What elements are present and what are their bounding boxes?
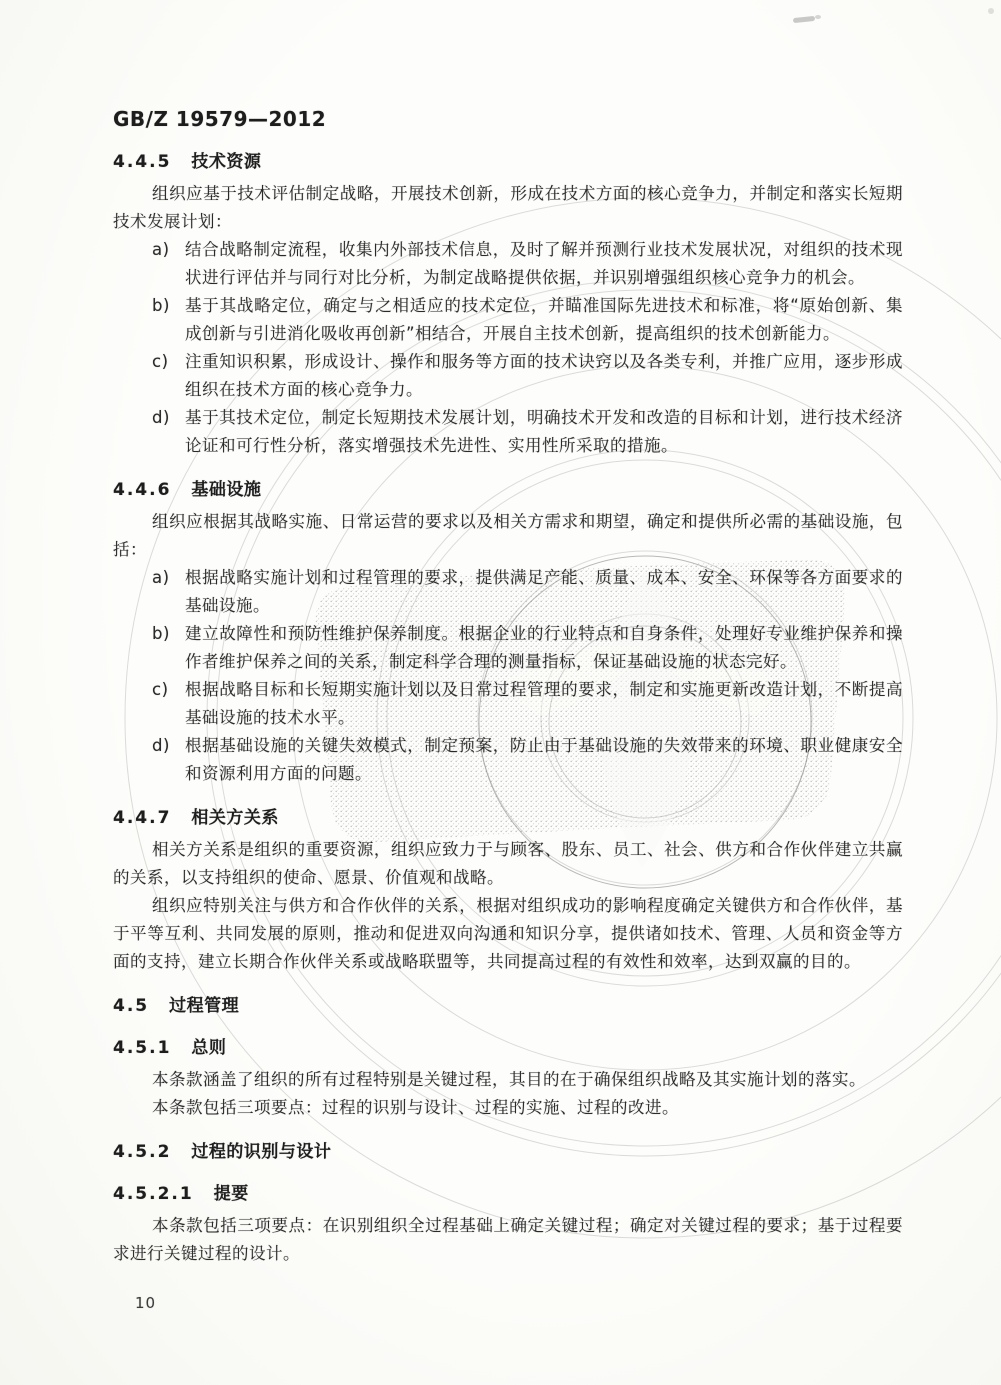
lettered-list: a) 结合战略制定流程，收集内外部技术信息，及时了解并预测行业技术发展状况，对组… [113, 236, 903, 460]
list-item-label: d) [152, 404, 185, 460]
section-heading-4-5: 4.5过程管理 [113, 994, 903, 1018]
list-item: d) 基于其技术定位，制定长短期技术发展计划，明确技术开发和改造的目标和计划，进… [113, 404, 903, 460]
section-number: 4.4.7 [113, 808, 171, 828]
list-item-text: 基于其技术定位，制定长短期技术发展计划，明确技术开发和改造的目标和计划，进行技术… [185, 404, 903, 460]
list-item-label: a) [152, 236, 185, 292]
section-title: 过程管理 [169, 996, 239, 1016]
list-item: a) 根据战略实施计划和过程管理的要求，提供满足产能、质量、成本、安全、环保等各… [113, 564, 903, 620]
section-title: 相关方关系 [191, 808, 279, 828]
list-item-label: b) [152, 292, 185, 348]
list-item: d) 根据基础设施的关键失效模式，制定预案，防止由于基础设施的失效带来的环境、职… [113, 732, 903, 788]
list-item: c) 根据战略目标和长短期实施计划以及日常过程管理的要求，制定和实施更新改造计划… [113, 676, 903, 732]
section-number: 4.5.2.1 [113, 1184, 194, 1204]
scanned-document-page: GB/Z 19579—2012 4.4.5技术资源 组织应基于技术评估制定战略，… [0, 0, 1001, 1385]
section-intro-paragraph: 组织应根据其战略实施、日常运营的要求以及相关方需求和期望，确定和提供所必需的基础… [113, 508, 903, 564]
section-number: 4.4.6 [113, 480, 171, 500]
section-number: 4.5 [113, 996, 149, 1016]
section-title: 总则 [191, 1038, 226, 1058]
section-number: 4.5.1 [113, 1038, 171, 1058]
section-number: 4.4.5 [113, 152, 171, 172]
lettered-list: a) 根据战略实施计划和过程管理的要求，提供满足产能、质量、成本、安全、环保等各… [113, 564, 903, 788]
section-title: 提要 [214, 1184, 249, 1204]
body-paragraph: 本条款涵盖了组织的所有过程特别是关键过程，其目的在于确保组织战略及其实施计划的落… [113, 1066, 903, 1094]
list-item: a) 结合战略制定流程，收集内外部技术信息，及时了解并预测行业技术发展状况，对组… [113, 236, 903, 292]
list-item: b) 建立故障性和预防性维护保养制度。根据企业的行业特点和自身条件，处理好专业维… [113, 620, 903, 676]
list-item-text: 根据基础设施的关键失效模式，制定预案，防止由于基础设施的失效带来的环境、职业健康… [185, 732, 903, 788]
section-heading-4-5-1: 4.5.1总则 [113, 1036, 903, 1060]
section-title: 技术资源 [191, 152, 261, 172]
list-item: c) 注重知识积累，形成设计、操作和服务等方面的技术诀窍以及各类专利，并推广应用… [113, 348, 903, 404]
list-item-text: 注重知识积累，形成设计、操作和服务等方面的技术诀窍以及各类专利，并推广应用，逐步… [185, 348, 903, 404]
list-item-label: d) [152, 732, 185, 788]
section-intro-paragraph: 组织应基于技术评估制定战略，开展技术创新，形成在技术方面的核心竞争力，并制定和落… [113, 180, 903, 236]
list-item-text: 根据战略目标和长短期实施计划以及日常过程管理的要求，制定和实施更新改造计划，不断… [185, 676, 903, 732]
section-heading-4-4-6: 4.4.6基础设施 [113, 478, 903, 502]
body-paragraph: 本条款包括三项要点：过程的识别与设计、过程的实施、过程的改进。 [113, 1094, 903, 1122]
section-title: 基础设施 [191, 480, 261, 500]
section-heading-4-5-2: 4.5.2过程的识别与设计 [113, 1140, 903, 1164]
section-title: 过程的识别与设计 [191, 1142, 331, 1162]
list-item: b) 基于其战略定位，确定与之相适应的技术定位，并瞄准国际先进技术和标准，将“原… [113, 292, 903, 348]
body-paragraph: 本条款包括三项要点：在识别组织全过程基础上确定关键过程；确定对关键过程的要求；基… [113, 1212, 903, 1268]
list-item-text: 基于其战略定位，确定与之相适应的技术定位，并瞄准国际先进技术和标准，将“原始创新… [185, 292, 903, 348]
body-paragraph: 相关方关系是组织的重要资源，组织应致力于与顾客、股东、员工、社会、供方和合作伙伴… [113, 836, 903, 892]
list-item-text: 根据战略实施计划和过程管理的要求，提供满足产能、质量、成本、安全、环保等各方面要… [185, 564, 903, 620]
section-number: 4.5.2 [113, 1142, 171, 1162]
body-paragraph: 组织应特别关注与供方和合作伙伴的关系，根据对组织成功的影响程度确定关键供方和合作… [113, 892, 903, 976]
list-item-text: 建立故障性和预防性维护保养制度。根据企业的行业特点和自身条件，处理好专业维护保养… [185, 620, 903, 676]
page-number: 10 [135, 1294, 156, 1312]
list-item-label: c) [152, 676, 185, 732]
section-heading-4-4-5: 4.4.5技术资源 [113, 150, 903, 174]
section-heading-4-5-2-1: 4.5.2.1提要 [113, 1182, 903, 1206]
list-item-label: b) [152, 620, 185, 676]
document-code-header: GB/Z 19579—2012 [113, 106, 903, 132]
section-heading-4-4-7: 4.4.7相关方关系 [113, 806, 903, 830]
list-item-label: c) [152, 348, 185, 404]
page-content: GB/Z 19579—2012 4.4.5技术资源 组织应基于技术评估制定战略，… [0, 0, 1001, 1268]
list-item-label: a) [152, 564, 185, 620]
list-item-text: 结合战略制定流程，收集内外部技术信息，及时了解并预测行业技术发展状况，对组织的技… [185, 236, 903, 292]
